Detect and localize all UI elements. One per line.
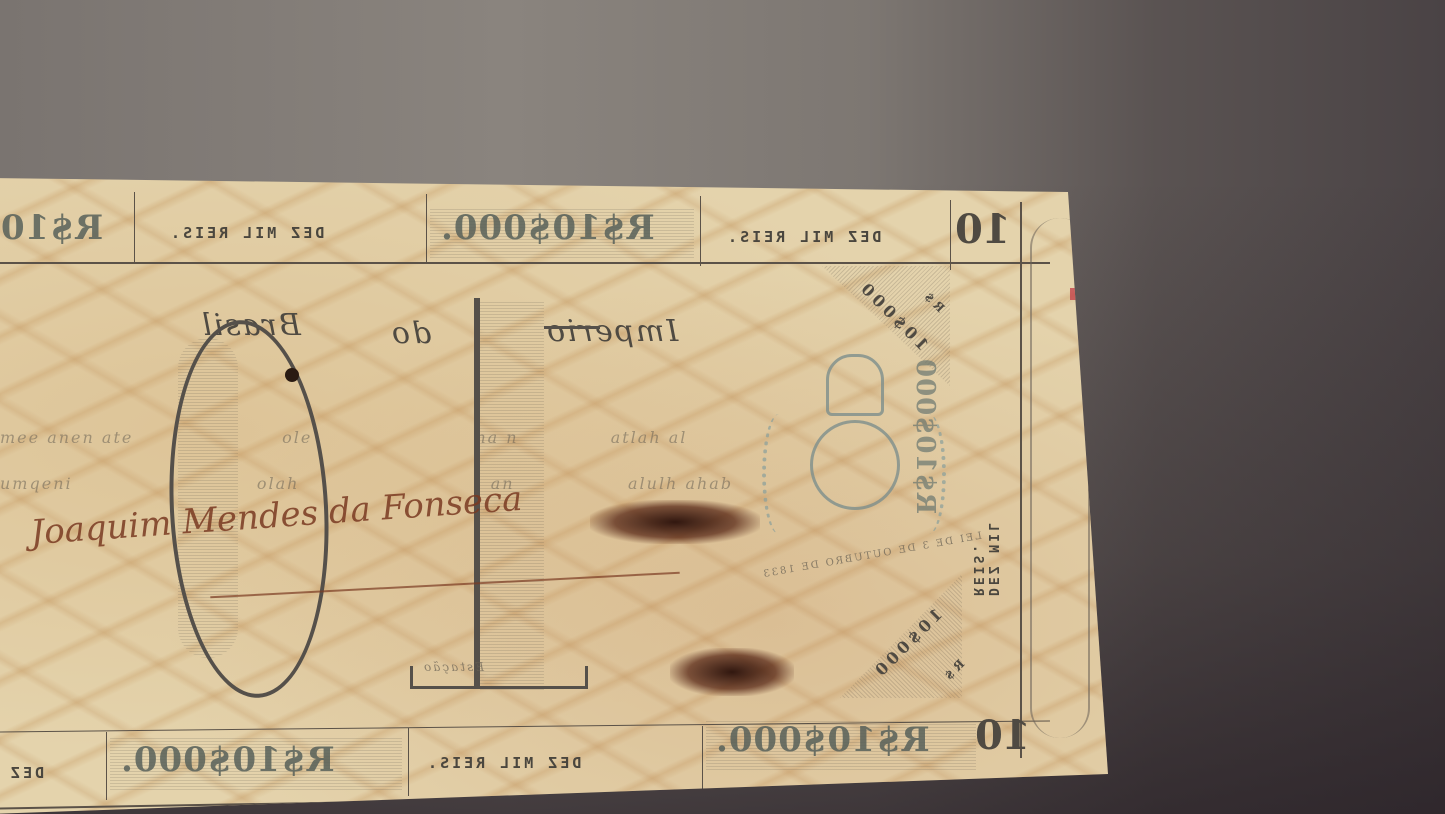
top-band-bottom-rule bbox=[0, 262, 1050, 264]
top-amount: R$10$000. bbox=[440, 208, 655, 248]
body-text-line: mee anen ate ole na n atlah al bbox=[0, 428, 687, 447]
top-label-1: DEZ MIL REIS. bbox=[168, 224, 324, 242]
punch-hole bbox=[285, 368, 299, 382]
bottom-band-divider bbox=[106, 732, 107, 800]
top-amount-fragment: R$10 bbox=[0, 208, 103, 248]
corner-numeral-top: 10 bbox=[955, 206, 1011, 253]
corner-numeral-bottom: 10 bbox=[975, 712, 1031, 759]
lower-stamp: Estação bbox=[422, 660, 484, 674]
crown-icon bbox=[826, 354, 884, 416]
ink-blot bbox=[590, 500, 760, 544]
bottom-amount-1: R$10$000. bbox=[120, 740, 335, 780]
top-band-divider bbox=[950, 200, 951, 270]
bottom-label-fragment: DEZ bbox=[8, 764, 44, 782]
side-vertical-amount: R$10$000 bbox=[910, 358, 940, 514]
top-label-2: DEZ MIL REIS. bbox=[725, 228, 881, 246]
bottom-amount-2: R$10$000. bbox=[715, 720, 930, 760]
ink-blot bbox=[670, 648, 794, 696]
heading-do: do bbox=[390, 316, 431, 351]
top-band-divider bbox=[134, 192, 135, 262]
laurel-left-icon bbox=[762, 414, 796, 534]
top-band-divider bbox=[700, 196, 701, 266]
zero-shading bbox=[178, 338, 238, 658]
bottom-label: DEZ MIL REIS. bbox=[425, 754, 581, 772]
heading-imperio: Imperio bbox=[545, 314, 678, 349]
right-panel-line bbox=[1020, 202, 1022, 758]
banknote: R$10 DEZ MIL REIS. R$10$000. DEZ MIL REI… bbox=[0, 178, 1108, 814]
side-vertical-label: DEZ MIL REIS. bbox=[970, 488, 1000, 596]
one-top-serif bbox=[544, 326, 600, 329]
top-band-divider bbox=[426, 194, 427, 264]
shield-icon bbox=[810, 420, 900, 510]
bottom-band-divider bbox=[702, 726, 703, 792]
bottom-band-divider bbox=[408, 728, 409, 796]
